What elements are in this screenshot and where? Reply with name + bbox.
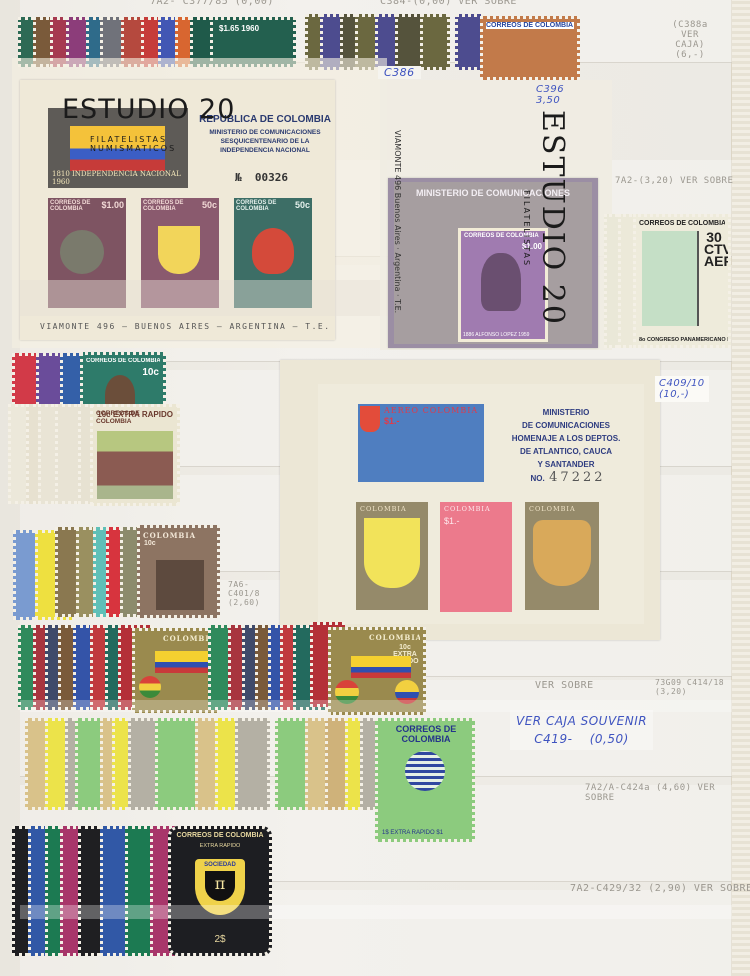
album-spine bbox=[731, 0, 750, 976]
pencil-note: 7A2- C377/85 (0,00) bbox=[150, 0, 274, 7]
stamp-value: $1.- bbox=[384, 416, 400, 426]
stamp bbox=[155, 718, 200, 810]
stamp-value: 10c bbox=[144, 540, 156, 547]
stamp-sociedad: CORREOS DE COLOMBIA EXTRA RAPIDO SOCIEDA… bbox=[168, 826, 272, 956]
ink-line-row: C419- (0,50) bbox=[516, 730, 647, 748]
flag-image bbox=[155, 651, 210, 673]
stamp-value: $1.00 bbox=[101, 200, 124, 210]
stamp-text: COLOMBIA bbox=[444, 505, 491, 513]
pencil-note: 73G09 C414/18 (3,20) bbox=[655, 678, 735, 696]
shield-image bbox=[158, 226, 200, 274]
pencil-note: (C388a VER CAJA) (6,-) bbox=[665, 20, 715, 60]
stamp-text: CORREOS DE COLOMBIA bbox=[50, 200, 95, 212]
stamp-value: 50c bbox=[202, 200, 217, 210]
stamp bbox=[420, 14, 450, 70]
album-page: 7A2- C377/85 (0,00) C384-(0,00) VER SOBR… bbox=[0, 0, 750, 976]
overprint-sub: FILATELISTAS bbox=[522, 190, 531, 267]
pencil-note: VER SOBRE bbox=[535, 680, 594, 691]
stamp-text: COLOMBIA bbox=[369, 633, 420, 642]
stamp-text: COLOMBIA bbox=[360, 505, 407, 513]
overprint-estudio-vertical: ESTUDIO 20 bbox=[535, 110, 570, 326]
sheet-line: HOMENAJE A LOS DEPTOS. bbox=[486, 432, 646, 445]
stamp-value: 10c EXTRA RAPIDO bbox=[97, 410, 173, 419]
overprint-sub: FILATELISTAS NUMISMATICOS bbox=[90, 135, 200, 153]
pencil-note: 7A2-C429/32 (2,90) VER SOBRE bbox=[570, 883, 750, 894]
portrait-image bbox=[481, 253, 521, 311]
stamp-text: CORREOS DE COLOMBIA bbox=[236, 200, 281, 212]
ink-tag: C409/10 (10,-) bbox=[655, 376, 709, 402]
monument-image bbox=[156, 560, 204, 610]
city-image bbox=[97, 431, 173, 499]
sheet-line: SESQUICENTENARIO DE LA bbox=[195, 137, 335, 146]
map-image bbox=[642, 231, 699, 326]
ink-tag: C386 bbox=[378, 66, 421, 79]
sheet-line: MINISTERIO DE COMUNICACIONES bbox=[195, 128, 335, 137]
sheet-text-block: MINISTERIO DE COMUNICACIONES HOMENAJE A … bbox=[486, 406, 646, 471]
stamp-text: CORREOS DE COLOMBIA bbox=[486, 22, 574, 29]
stamp bbox=[235, 718, 270, 810]
stamp-value: 10c bbox=[142, 367, 159, 378]
pencil-note: 7A2/A-C424a (4,60) VER SOBRE bbox=[585, 783, 735, 803]
flag-image bbox=[351, 656, 411, 678]
stamp-christmas: CORREOS DE COLOMBIA bbox=[480, 16, 580, 80]
flag-circle-image bbox=[139, 676, 161, 698]
ink-line: (0,50) bbox=[590, 732, 629, 746]
sheet-line: INDEPENDENCIA NACIONAL bbox=[195, 146, 335, 155]
sheet-line: DE ATLANTICO, CAUCA bbox=[486, 445, 646, 458]
pi-symbol: π bbox=[205, 871, 235, 901]
shield-image bbox=[364, 518, 420, 588]
ink-tag: C396 3,50 bbox=[536, 84, 576, 106]
stamp-subtext: EXTRA RAPIDO bbox=[171, 843, 269, 849]
ink-tag-caja: VER CAJA SOUVENIR C419- (0,50) bbox=[510, 710, 653, 750]
ink-line: VER CAJA SOUVENIR bbox=[516, 712, 647, 730]
stamp-text: COLOMBIA bbox=[143, 531, 214, 540]
stamp-map: CORREOS DE COLOMBIA 30 CTVS AEREO 8o CON… bbox=[633, 214, 731, 348]
number-value: 47222 bbox=[549, 470, 605, 485]
stamp-value: $1.- bbox=[444, 516, 460, 526]
glassine-strip bbox=[20, 700, 732, 712]
stamp-text: CORREOS DE COLOMBIA bbox=[86, 358, 160, 364]
ink-line: C419- bbox=[534, 732, 572, 746]
stamp-church-pink: COLOMBIA $1.- bbox=[440, 502, 512, 612]
glassine-fold bbox=[20, 280, 390, 316]
pencil-note: C384-(0,00) VER SOBRE bbox=[380, 0, 517, 7]
emblem-text: SOCIEDAD bbox=[195, 862, 245, 868]
glassine-strip bbox=[20, 905, 732, 919]
coat-of-arms-image bbox=[360, 406, 380, 432]
sheet-number: NO. 47222 bbox=[488, 472, 648, 484]
sheet-line: DE COMUNICACIONES bbox=[486, 419, 646, 432]
stamp-text: CORREOS DE COLOMBIA bbox=[639, 220, 725, 227]
number-label: NO. bbox=[530, 474, 544, 483]
stamp-shield-santander: COLOMBIA bbox=[525, 502, 599, 610]
sheet-side-text: VIAMONTE 496 Buenos Aires · Argentina · … bbox=[393, 130, 402, 350]
stamp-paludismo: CORREOS DE COLOMBIA 1$ EXTRA RAPIDO $1 bbox=[375, 718, 475, 842]
pencil-note: 7A2-(3,20) VER SOBRE bbox=[615, 176, 733, 186]
stamp-caption: 1810 INDEPENDENCIA NACIONAL 1960 bbox=[52, 170, 188, 186]
stamp-caption: 1$ EXTRA RAPIDO $1 bbox=[382, 830, 443, 836]
stamp-text: COLOMBIA bbox=[529, 505, 576, 513]
stamp-value: $1.65 1960 bbox=[219, 24, 289, 33]
stamp-portrait: CORREOS DE COLOMBIA 10c bbox=[80, 352, 166, 412]
shield-image bbox=[533, 520, 591, 586]
sheet-line: MINISTERIO bbox=[486, 406, 646, 419]
stamp-cali: CORREOS DE COLOMBIA 10c EXTRA RAPIDO bbox=[90, 404, 180, 506]
stamp-text: CORREOS DE COLOMBIA bbox=[143, 200, 188, 212]
pencil-note: 7A6-C401/8 (2,60) bbox=[228, 580, 268, 607]
globe-image bbox=[405, 751, 445, 791]
coin-image bbox=[60, 230, 104, 274]
number-value: 00326 bbox=[255, 171, 288, 184]
stamp-shield-yellow: COLOMBIA bbox=[356, 502, 428, 610]
stamp-text: AEREO COLOMBIA bbox=[384, 406, 478, 415]
stamp-text: CORREOS DE COLOMBIA bbox=[174, 832, 266, 839]
stamp-value: 30 CTVS AEREO bbox=[704, 231, 724, 267]
stamp-text: CORREOS DE COLOMBIA bbox=[381, 724, 471, 744]
stamp-landscape: AEREO COLOMBIA $1.- bbox=[358, 404, 484, 482]
number-label: № bbox=[235, 171, 242, 184]
overprint-estudio: ESTUDIO 20 bbox=[62, 94, 235, 125]
sheet-text-block: MINISTERIO DE COMUNICACIONES SESQUICENTE… bbox=[195, 128, 335, 155]
arms-image bbox=[252, 228, 294, 274]
stamp-colombia-brown: COLOMBIA 10c bbox=[137, 525, 220, 618]
sheet-footer: VIAMONTE 496 — BUENOS AIRES — ARGENTINA … bbox=[40, 322, 331, 331]
stamp-caption: 1886 ALFONSO LOPEZ 1959 bbox=[463, 332, 529, 338]
stamp-value: 50c bbox=[295, 200, 310, 210]
stamp-value: 2$ bbox=[171, 934, 269, 945]
sheet-number: № 00326 bbox=[235, 172, 288, 183]
stamp-caption: 8o CONGRESO PANAMERICANO DE CARRETERAS bbox=[639, 337, 731, 343]
souvenir-sheet-homenaje: AEREO COLOMBIA $1.- MINISTERIO DE COMUNI… bbox=[318, 384, 644, 624]
stamp-text: COLOMBIA bbox=[163, 634, 214, 643]
